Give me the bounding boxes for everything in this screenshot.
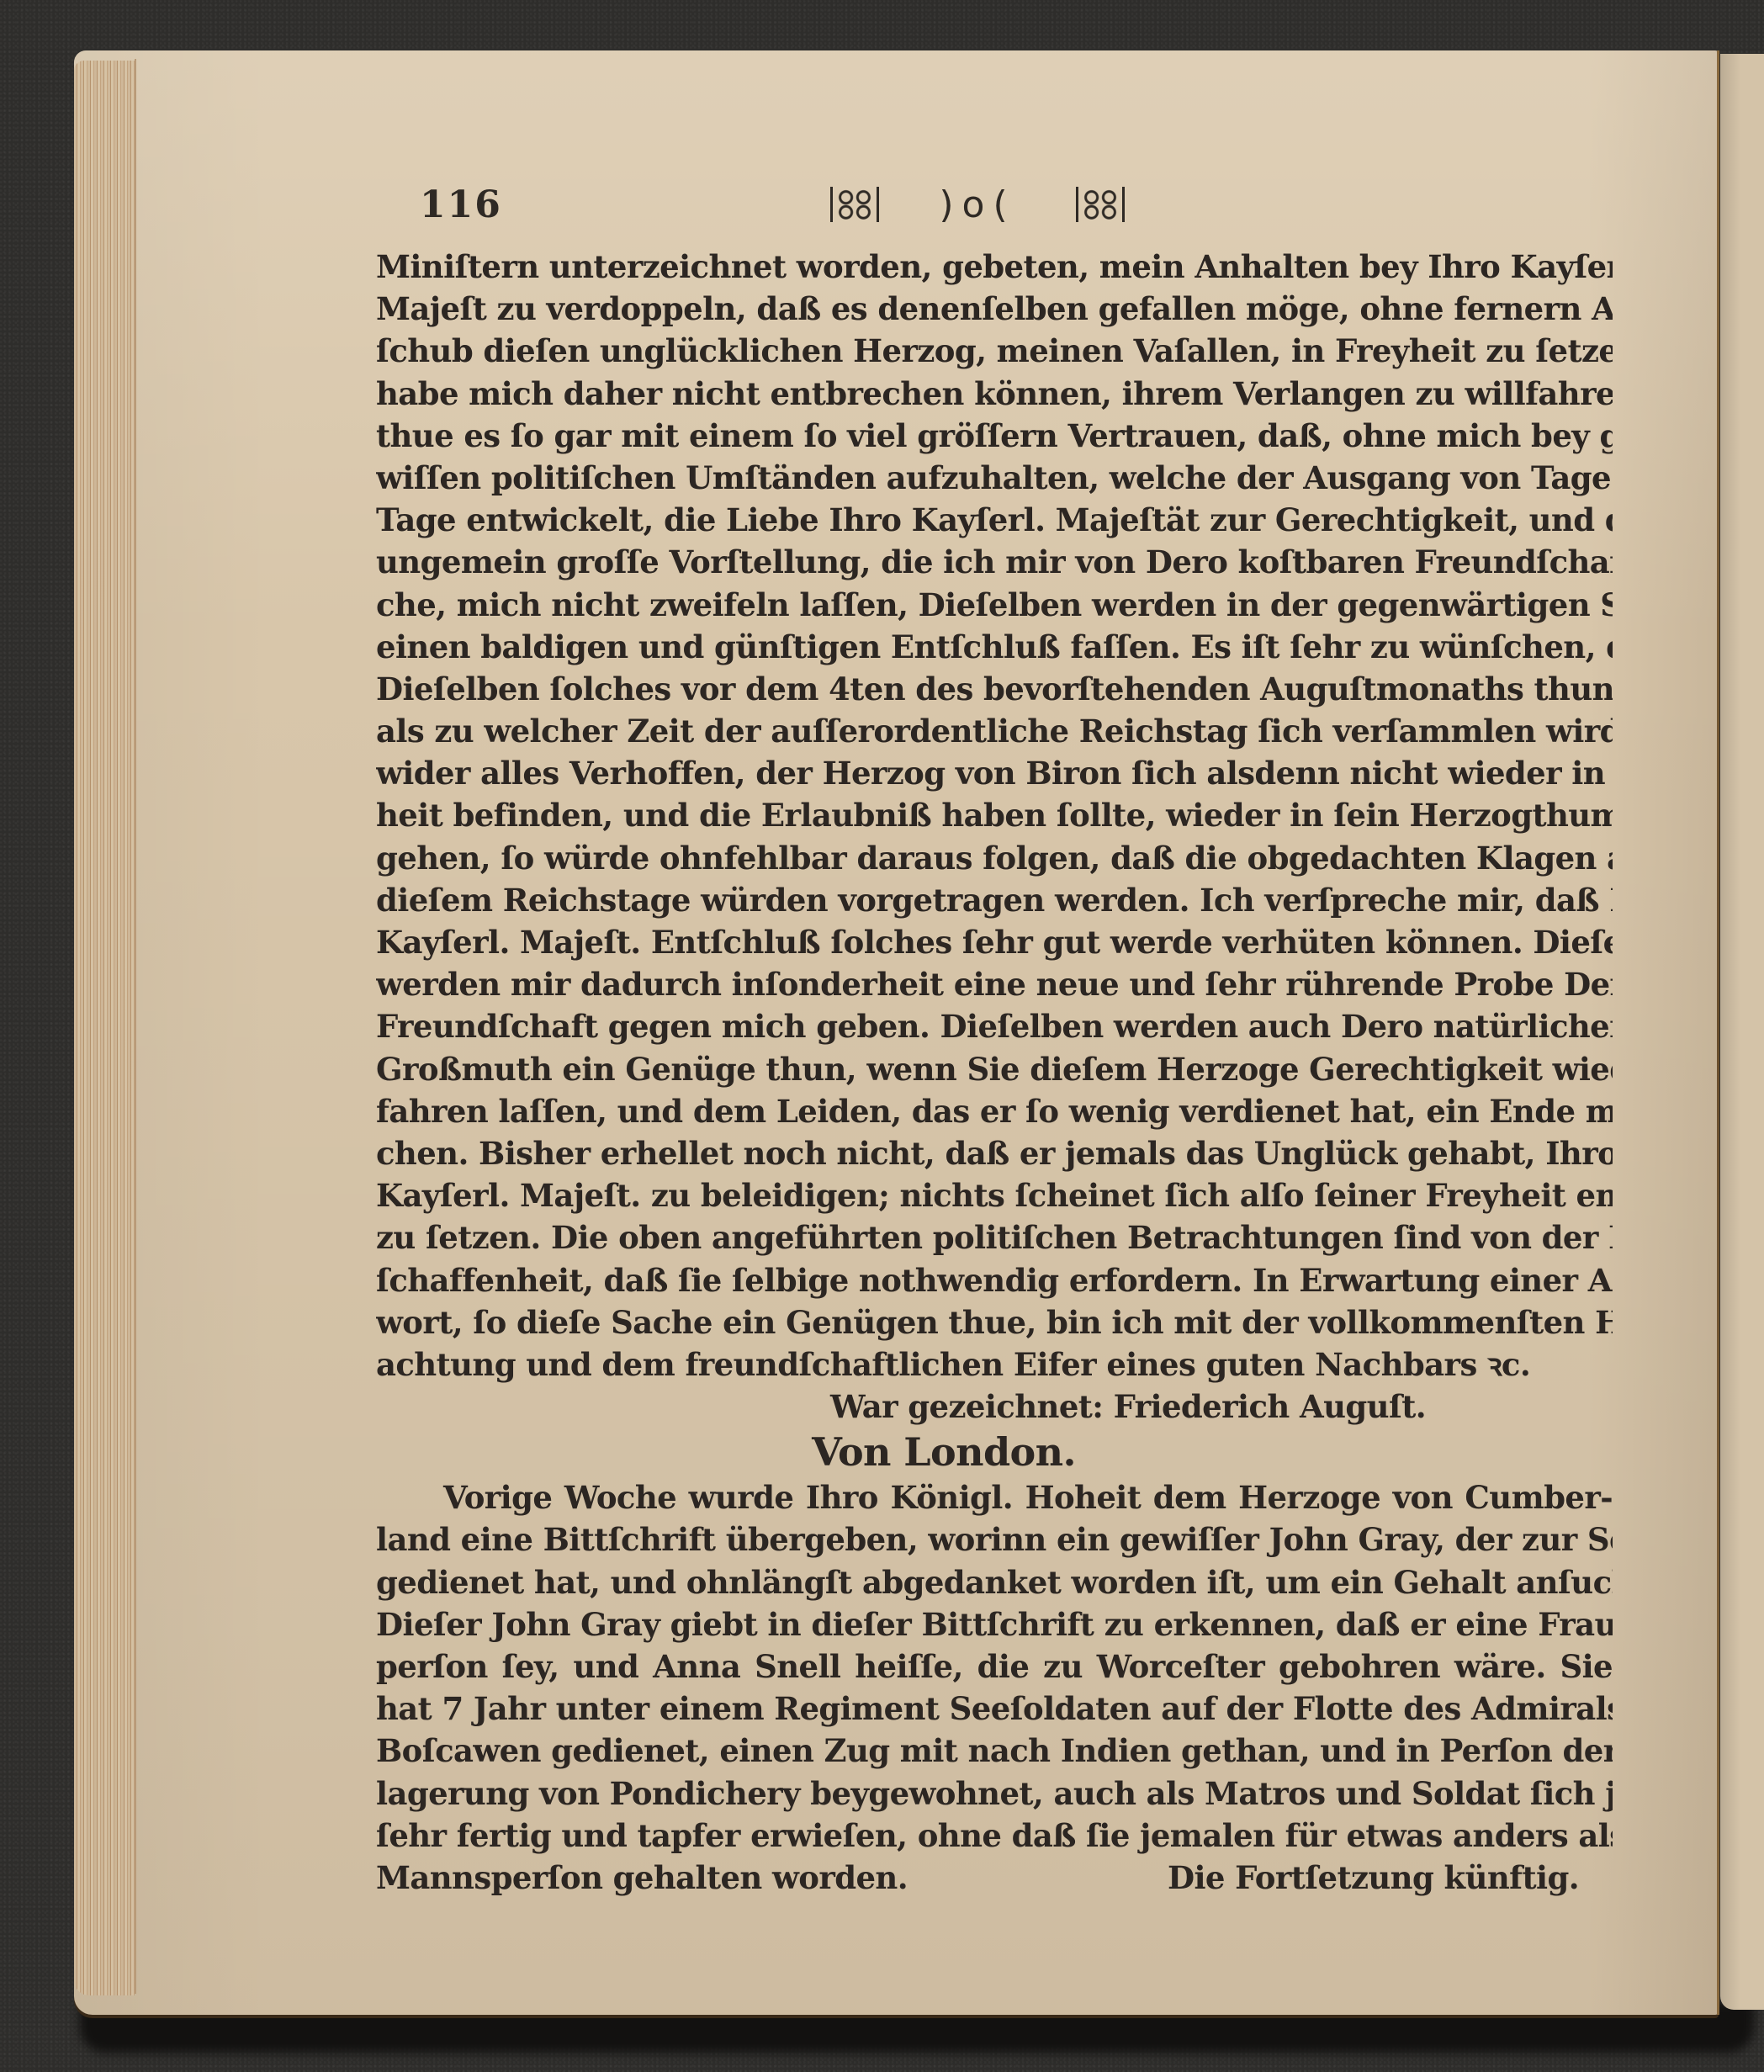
text-line: werden mir dadurch inſonderheit eine neu… xyxy=(376,963,1613,1005)
text-line: Boſcawen gedienet, einen Zug mit nach In… xyxy=(376,1730,1613,1772)
text-line: gedienet hat, und ohnlängſt abgedanket w… xyxy=(376,1561,1613,1603)
text-line: lagerung von Pondichery beygewohnet, auc… xyxy=(376,1773,1613,1815)
page-stack-edges xyxy=(74,61,135,1995)
text-line: Kayſerl. Majeſt. zu beleidigen; nichts ſ… xyxy=(376,1174,1613,1216)
text-line: Dieſelben ſolches vor dem 4ten des bevor… xyxy=(376,668,1613,710)
text-line: Tage entwickelt, die Liebe Ihro Kayſerl.… xyxy=(376,499,1613,541)
letter-signature: War gezeichnet: Friederich Auguſt. xyxy=(376,1386,1613,1428)
page-body-text: Miniſtern unterzeichnet worden, gebeten,… xyxy=(376,246,1613,1899)
text-line: einen baldigen und günſtigen Entſchluß f… xyxy=(376,626,1613,668)
running-head: 116 )o( xyxy=(376,183,1613,225)
text-line: wider alles Verhoffen, der Herzog von Bi… xyxy=(376,752,1613,794)
text-line: Miniſtern unterzeichnet worden, gebeten,… xyxy=(376,246,1613,288)
text-line: hat 7 Jahr unter einem Regiment Seeſolda… xyxy=(376,1688,1613,1730)
text-line: als zu welcher Zeit der auſſerordentlich… xyxy=(376,710,1613,752)
text-line: Freundſchaft gegen mich geben. Dieſelben… xyxy=(376,1005,1613,1047)
text-line: Großmuth ein Genüge thun, wenn Sie dieſe… xyxy=(376,1048,1613,1090)
text-line: dieſem Reichstage würden vorgetragen wer… xyxy=(376,879,1613,921)
header-mark: )o( xyxy=(939,183,1015,226)
text-line: habe mich daher nicht entbrechen können,… xyxy=(376,373,1613,415)
continuation-note: Die Fortſetzung künftig. xyxy=(1168,1857,1579,1899)
page-number: 116 xyxy=(420,183,502,226)
text-line: thue es ſo gar mit einem ſo viel gröſſer… xyxy=(376,415,1613,457)
facing-page-edge xyxy=(1720,54,1764,2010)
text-line: gehen, ſo würde ohnfehlbar daraus folgen… xyxy=(376,837,1613,879)
text-line: che, mich nicht zweifeln laſſen, Dieſelb… xyxy=(376,584,1613,626)
text-line: Majeſt zu verdoppeln, daß es denenſelben… xyxy=(376,288,1613,330)
text-line: ungemein groſſe Vorſtellung, die ich mir… xyxy=(376,541,1613,583)
text-line: zu ſetzen. Die oben angeführten politiſc… xyxy=(376,1216,1613,1259)
fleuron-ornament-icon xyxy=(1076,187,1125,222)
closing-text: Mannsperſon gehalten worden. xyxy=(376,1857,908,1899)
text-line: wort, ſo dieſe Sache ein Genügen thue, b… xyxy=(376,1301,1613,1343)
page-edge-line xyxy=(135,59,136,1994)
text-line: chen. Bisher erhellet noch nicht, daß er… xyxy=(376,1132,1613,1174)
text-line: fahren laſſen, und dem Leiden, das er ſo… xyxy=(376,1090,1613,1132)
text-line: wiſſen politiſchen Umſtänden aufzuhalten… xyxy=(376,457,1613,499)
text-line: perſon ſey, und Anna Snell heiſſe, die z… xyxy=(376,1645,1613,1688)
text-line: ſchaffenheit, daß ſie ſelbige nothwendig… xyxy=(376,1259,1613,1301)
text-line: Vorige Woche wurde Ihro Königl. Hoheit d… xyxy=(376,1476,1613,1518)
text-line: ſehr fertig und tapfer erwieſen, ohne da… xyxy=(376,1815,1613,1857)
book-gutter xyxy=(1717,50,1719,2015)
section-heading-london: Von London. xyxy=(376,1428,1613,1476)
text-line: land eine Bittſchrift übergeben, worinn … xyxy=(376,1518,1613,1561)
text-line: ſchub dieſen unglücklichen Herzog, meine… xyxy=(376,330,1613,372)
text-line: heit befinden, und die Erlaubniß haben ſ… xyxy=(376,794,1613,836)
header-ornament: )o( xyxy=(830,183,1125,225)
text-line: Dieſer John Gray giebt in dieſer Bittſch… xyxy=(376,1603,1613,1645)
closing-line: Mannsperſon gehalten worden. Die Fortſet… xyxy=(376,1857,1613,1899)
text-line: achtung und dem freundſchaftlichen Eifer… xyxy=(376,1343,1613,1386)
text-line: Kayſerl. Majeſt. Entſchluß ſolches ſehr … xyxy=(376,921,1613,963)
fleuron-ornament-icon xyxy=(830,187,879,222)
